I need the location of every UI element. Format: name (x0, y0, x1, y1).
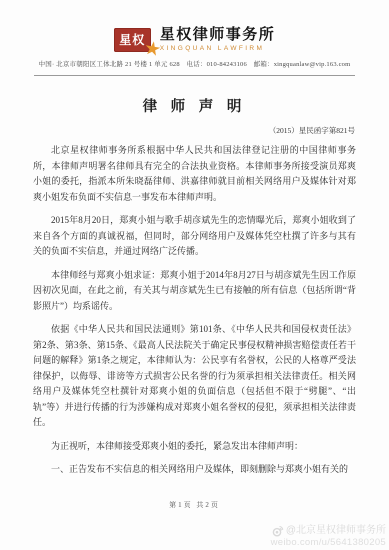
firm-logo: 星权 ★ (114, 28, 151, 52)
statement-paragraph: 为正视听，本律师接受郑爽小姐的委托，紧急发出本律师声明： (33, 439, 356, 455)
firm-name-cn: 星权律师事务所 (160, 27, 276, 44)
reference-number: （2015）星民函字第821号 (34, 125, 355, 136)
firm-logo-text: 星权 (119, 34, 145, 46)
statement-paragraph: 一、正告发布不实信息的相关网络用户及媒体，即刻删除与郑爽小姐有关的 (33, 462, 356, 478)
statement-paragraph: 2015年8月20日，郑爽小姐与歌手胡彦斌先生的恋情曝光后，郑爽小姐收到了来自各… (33, 213, 356, 260)
statement-paragraph: 依据《中华人民共和国民法通则》第101条、《中华人民共和国侵权责任法》第2条、第… (33, 322, 356, 431)
statement-paragraph: 北京星权律师事务所系根据中华人民共和国法律登记注册的中国律师事务所，本律师声明署… (33, 143, 356, 205)
header-divider (34, 75, 355, 76)
weibo-watermark: @北京星权律师事务所 weibo.com/u/5641380205 (271, 525, 386, 548)
statement-paragraph: 本律师经与郑爽小姐求证：郑爽小姐于2014年8月27日与胡彦斌先生因工作原因初次… (33, 268, 356, 315)
document-title: 律 师 声 明 (0, 95, 389, 116)
weibo-url: weibo.com/u/5641380205 (271, 537, 386, 548)
statement-body: 北京星权律师事务所系根据中华人民共和国法律登记注册的中国律师事务所，本律师声明署… (33, 143, 356, 478)
weibo-account-text: @北京星权律师事务所 (286, 525, 386, 537)
weibo-icon (272, 525, 284, 537)
star-icon: ★ (142, 38, 162, 60)
letterhead: 星权 ★ 星权律师事务所 XINGQUAN LAWFIRM 中国· 北京市朝阳区… (0, 0, 389, 76)
firm-names: 星权律师事务所 XINGQUAN LAWFIRM (160, 27, 276, 52)
firm-name-en: XINGQUAN LAWFIRM (160, 45, 276, 52)
statement-page: 星权 ★ 星权律师事务所 XINGQUAN LAWFIRM 中国· 北京市朝阳区… (0, 0, 389, 550)
firm-logo-row: 星权 ★ 星权律师事务所 XINGQUAN LAWFIRM (0, 27, 389, 52)
weibo-account-line: @北京星权律师事务所 (271, 525, 386, 537)
firm-contact-line: 中国· 北京市朝阳区工体北路 21 号楼 1 单元 628 电话：010-842… (0, 59, 389, 68)
page-number: 第1页 共2页 (0, 500, 389, 510)
